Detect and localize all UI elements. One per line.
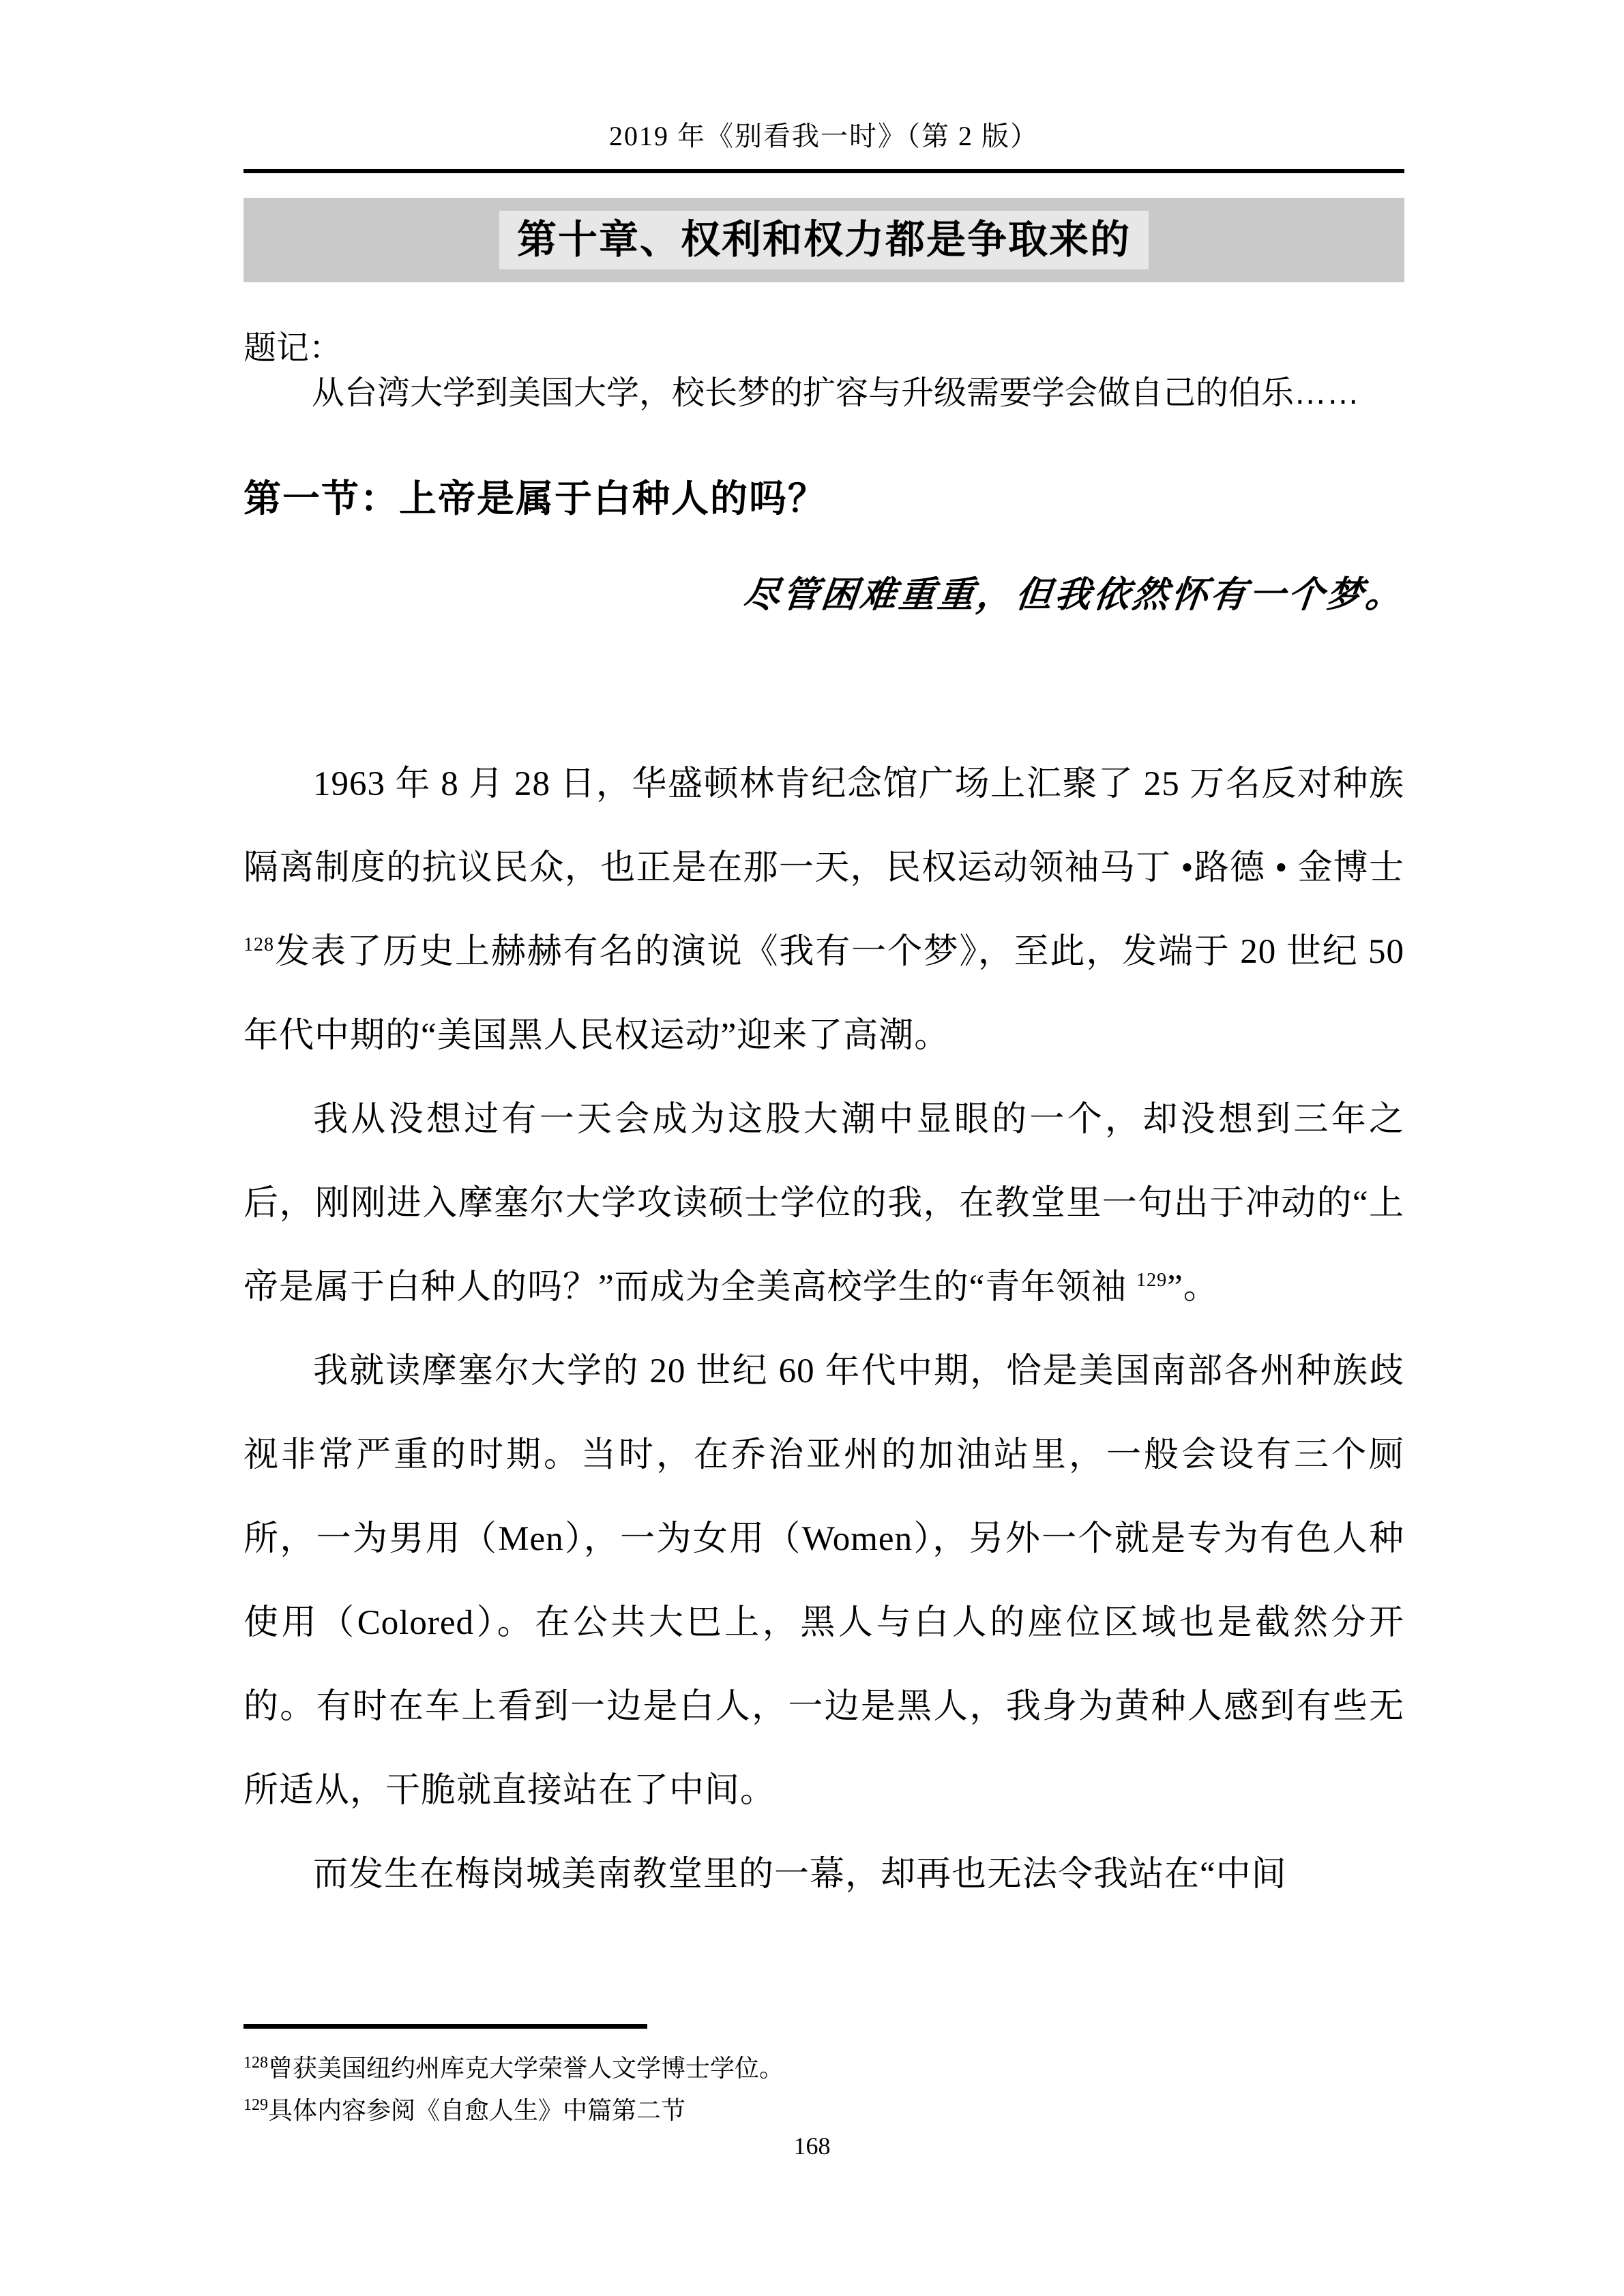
footnote-reference: 129: [1136, 1270, 1167, 1291]
epigraph-text: 从台湾大学到美国大学，校长梦的扩容与升级需要学会做自己的伯乐……: [243, 376, 1404, 411]
body-paragraph: 而发生在梅岗城美南教堂里的一幕，却再也无法令我站在“中间: [243, 1833, 1404, 1917]
chapter-banner: 第十章、权利和权力都是争取来的: [243, 198, 1404, 282]
page-content: 2019 年《别看我一时》（第 2 版） 第十章、权利和权力都是争取来的 题记：…: [243, 0, 1404, 1917]
body-paragraph: 我就读摩塞尔大学的 20 世纪 60 年代中期，恰是美国南部各州种族歧视非常严重…: [243, 1330, 1404, 1833]
footnote-separator: [243, 2024, 647, 2029]
footnote-item: 129具体内容参阅《自愈人生》中篇第二节: [243, 2089, 1404, 2132]
footnote-marker: 129: [243, 2096, 268, 2114]
page-number: 168: [0, 2132, 1624, 2160]
chapter-title: 第十章、权利和权力都是争取来的: [499, 211, 1149, 269]
header-rule: [243, 169, 1404, 173]
footnote-marker: 128: [243, 2054, 268, 2072]
body-paragraph: 我从没想过有一天会成为这股大潮中显眼的一个，却没想到三年之后，刚刚进入摩塞尔大学…: [243, 1078, 1404, 1330]
footnote-item: 128曾获美国纽约州库克大学荣誉人文学博士学位。: [243, 2047, 1404, 2089]
document-page: 2019 年《别看我一时》（第 2 版） 第十章、权利和权力都是争取来的 题记：…: [0, 0, 1624, 2296]
footnotes: 128曾获美国纽约州库克大学荣誉人文学博士学位。129具体内容参阅《自愈人生》中…: [243, 2047, 1404, 2132]
body-text: 1963 年 8 月 28 日，华盛顿林肯纪念馆广场上汇聚了 25 万名反对种族…: [243, 743, 1404, 1917]
epigraph-label: 题记：: [243, 331, 1404, 366]
calligraphy-quote: 尽管困难重重，但我依然怀有一个梦。: [241, 577, 1406, 615]
body-paragraph: 1963 年 8 月 28 日，华盛顿林肯纪念馆广场上汇聚了 25 万名反对种族…: [243, 743, 1404, 1078]
footnote-reference: 128: [243, 934, 274, 955]
running-header: 2019 年《别看我一时》（第 2 版）: [243, 0, 1404, 151]
section-heading: 第一节：上帝是属于白种人的吗？: [243, 479, 1404, 519]
